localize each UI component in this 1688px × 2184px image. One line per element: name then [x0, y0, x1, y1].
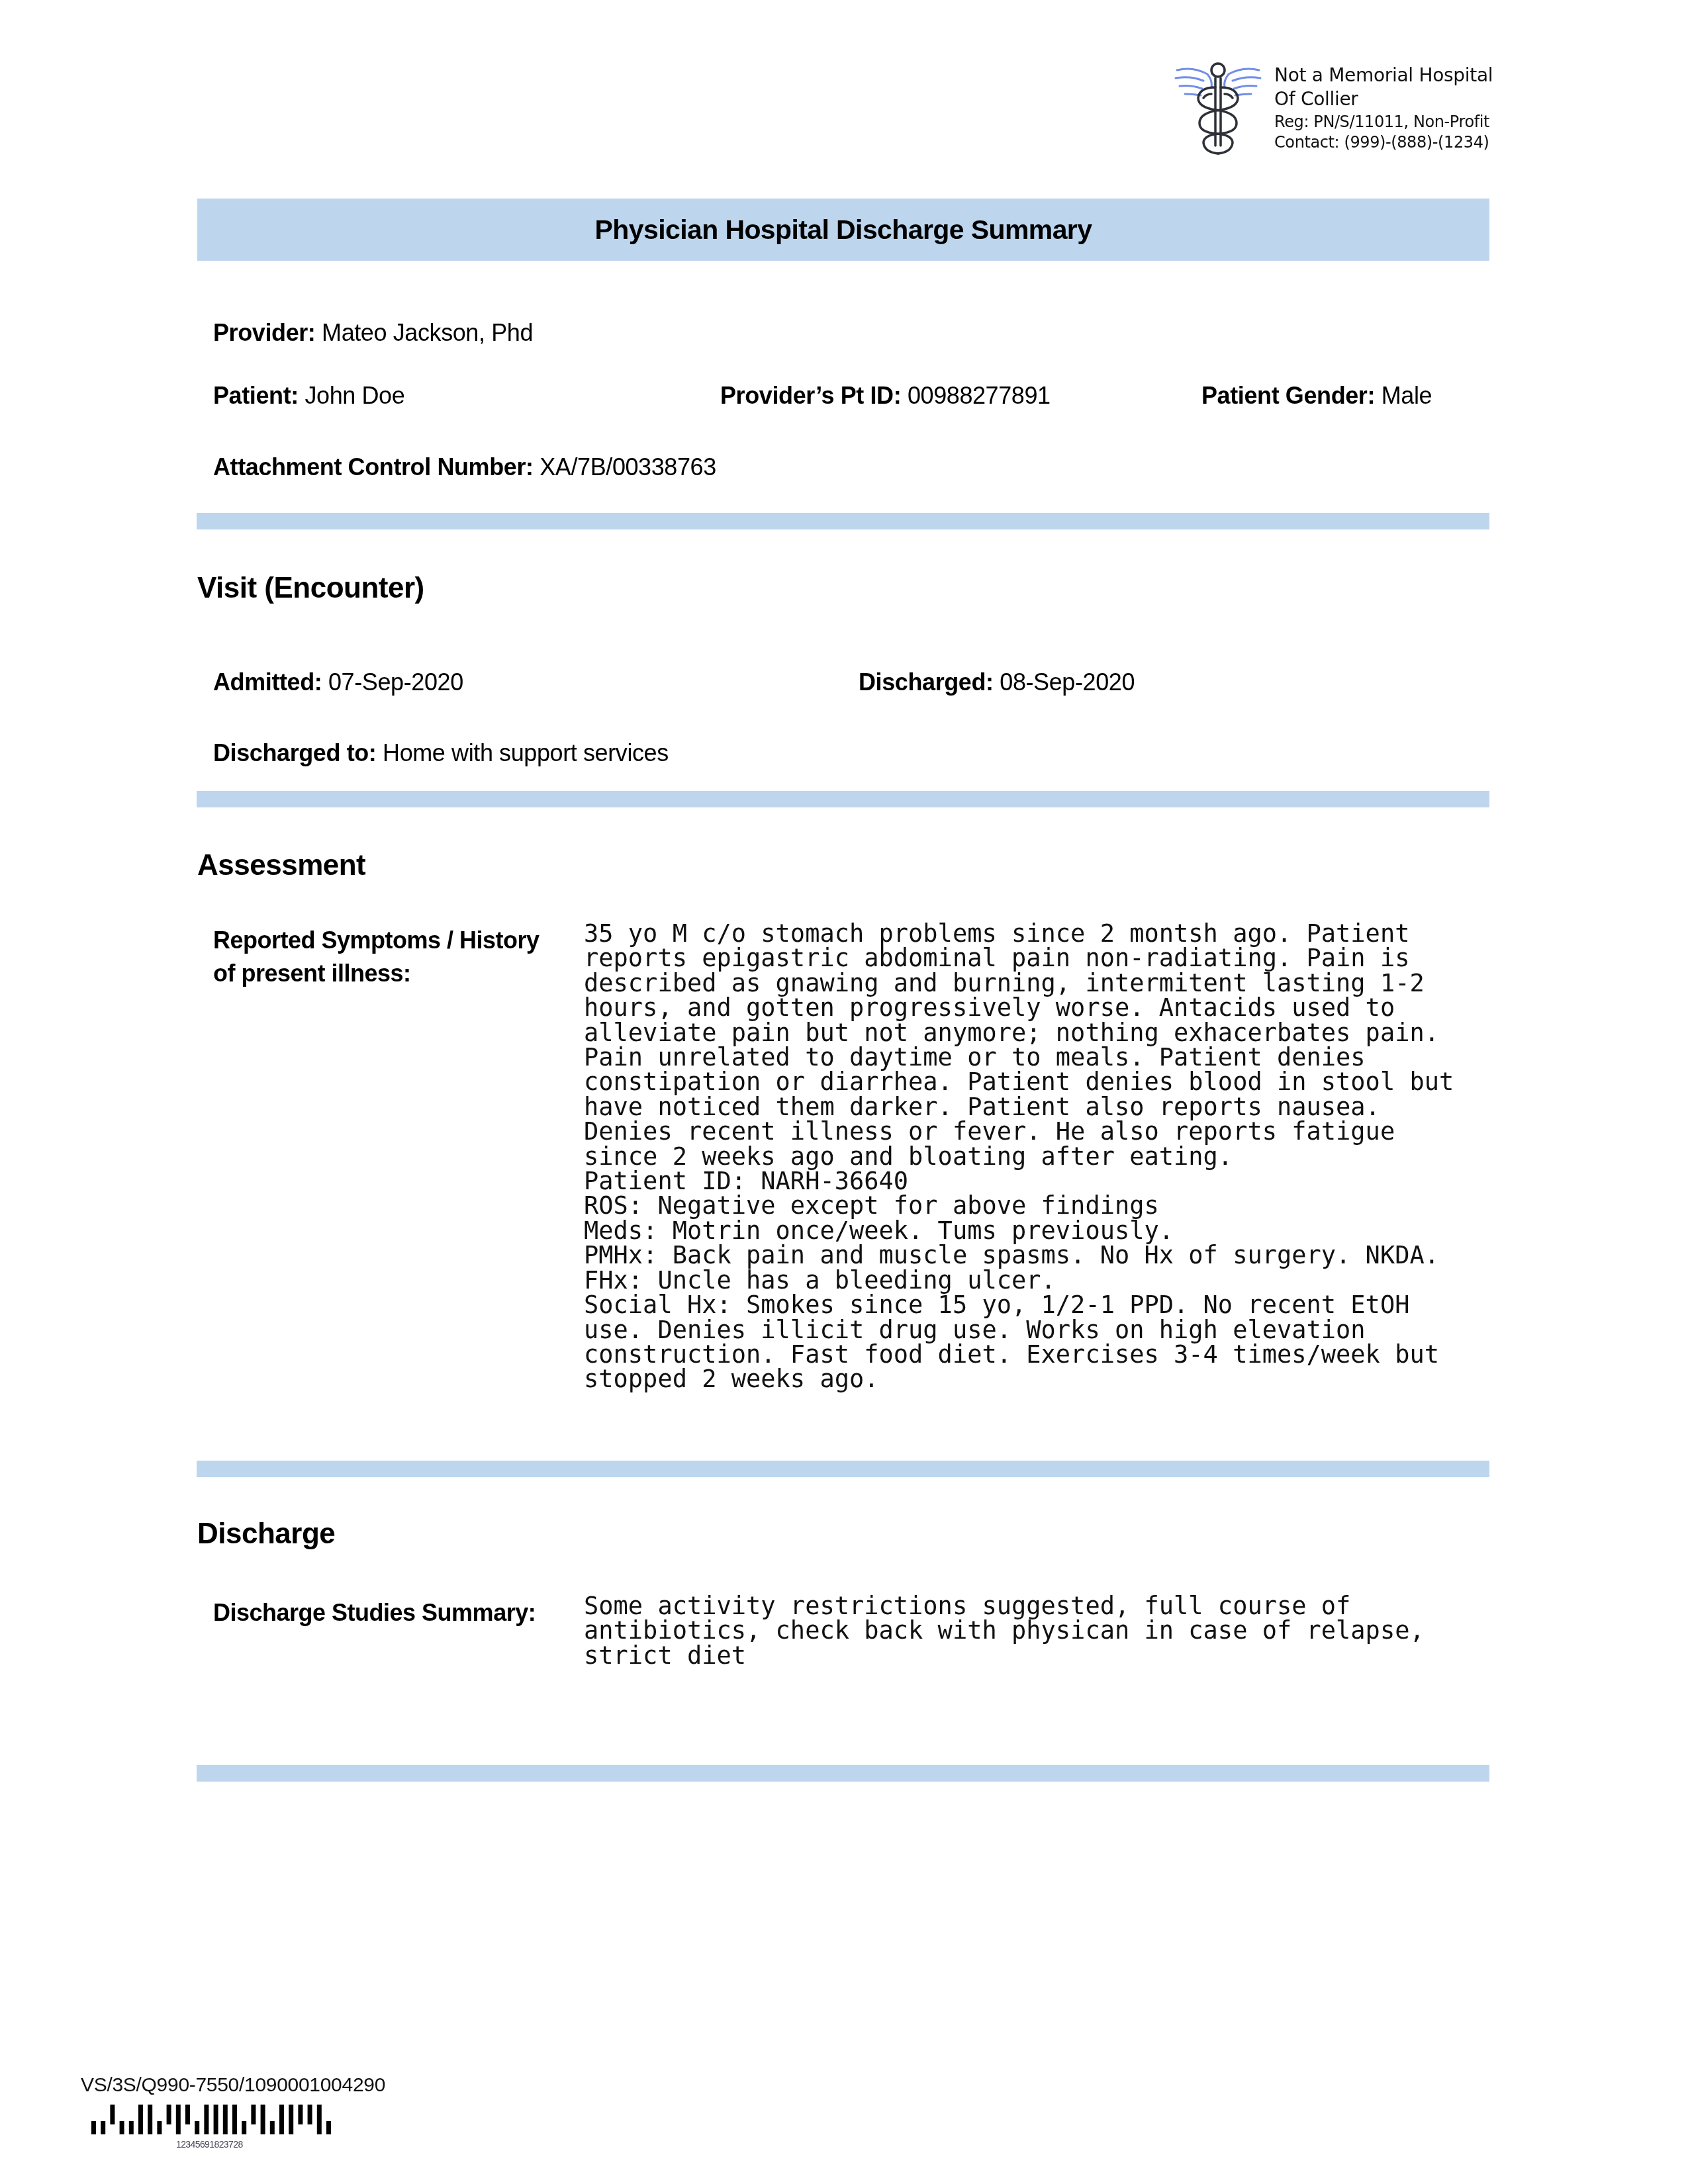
symptoms-history-text: 35 yo M c/o stomach problems since 2 mon…: [584, 921, 1454, 1392]
discharge-studies-summary-text: Some activity restrictions suggested, fu…: [584, 1594, 1425, 1668]
provider-value: Mateo Jackson, Phd: [322, 319, 533, 346]
discharged-to-value: Home with support services: [383, 739, 669, 766]
visit-heading: Visit (Encounter): [197, 572, 424, 605]
hospital-name-line1: Not a Memorial Hospital: [1274, 64, 1493, 86]
patient-gender-value: Male: [1382, 382, 1432, 409]
attachment-control-number-field: Attachment Control Number: XA/7B/0033876…: [213, 453, 716, 481]
discharged-value: 08-Sep-2020: [1000, 668, 1135, 696]
discharge-heading: Discharge: [197, 1518, 335, 1551]
title-banner: Physician Hospital Discharge Summary: [197, 199, 1489, 261]
section-divider: [197, 1765, 1489, 1782]
patient-gender-field: Patient Gender: Male: [1201, 382, 1432, 410]
discharged-label: Discharged:: [859, 668, 994, 696]
discharge-studies-summary-label: Discharge Studies Summary:: [213, 1596, 536, 1629]
document-code: VS/3S/Q990-7550/1090001004290: [81, 2074, 385, 2097]
provider-pt-id-label: Provider’s Pt ID:: [720, 382, 901, 409]
provider-pt-id-value: 00988277891: [908, 382, 1051, 409]
hospital-name-line2: Of Collier: [1274, 88, 1358, 110]
patient-field: Patient: John Doe: [213, 382, 404, 410]
admitted-label: Admitted:: [213, 668, 322, 696]
discharged-to-label: Discharged to:: [213, 739, 376, 766]
attachment-control-number-label: Attachment Control Number:: [213, 453, 534, 480]
barcode-number: 12345691823728: [176, 2139, 243, 2150]
provider-field: Provider: Mateo Jackson, Phd: [213, 319, 533, 347]
discharged-to-field: Discharged to: Home with support service…: [213, 739, 669, 767]
admitted-value: 07-Sep-2020: [328, 668, 463, 696]
section-divider: [197, 1461, 1489, 1477]
hospital-contact: Contact: (999)-(888)-(1234): [1274, 133, 1489, 152]
document-title: Physician Hospital Discharge Summary: [595, 214, 1092, 246]
attachment-control-number-value: XA/7B/00338763: [539, 453, 716, 480]
patient-value: John Doe: [305, 382, 404, 409]
section-divider: [197, 513, 1489, 529]
provider-pt-id-field: Provider’s Pt ID: 00988277891: [720, 382, 1051, 410]
section-divider: [197, 791, 1489, 807]
assessment-heading: Assessment: [197, 849, 365, 882]
provider-label: Provider:: [213, 319, 315, 346]
patient-label: Patient:: [213, 382, 299, 409]
patient-gender-label: Patient Gender:: [1201, 382, 1375, 409]
discharged-field: Discharged: 08-Sep-2020: [859, 668, 1135, 696]
admitted-field: Admitted: 07-Sep-2020: [213, 668, 463, 696]
symptoms-history-label-line2: of present illness:: [213, 957, 539, 990]
caduceus-icon: [1173, 61, 1263, 158]
symptoms-history-label: Reported Symptoms / History of present i…: [213, 924, 539, 990]
barcode-icon: [91, 2105, 343, 2134]
symptoms-history-label-line1: Reported Symptoms / History: [213, 924, 539, 957]
hospital-registration: Reg: PN/S/11011, Non-Profit: [1274, 113, 1489, 131]
